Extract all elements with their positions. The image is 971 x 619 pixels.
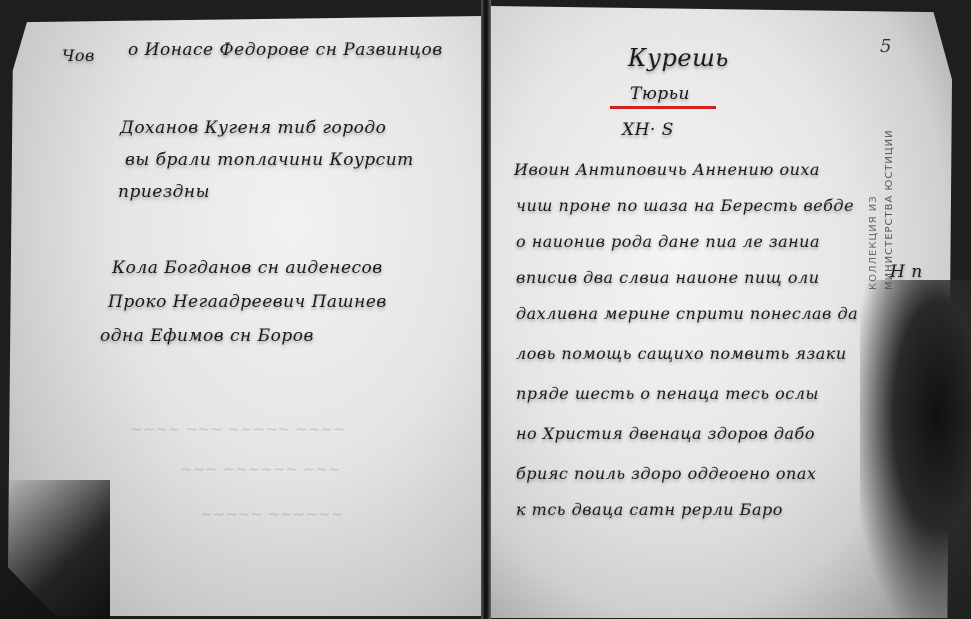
left-line-2: Доханов Кугеня тиб городо	[120, 118, 386, 138]
manuscript-scan: ~~~~ ~~~ ~~~~~ ~~~~ ~~~ ~~~~~~ ~~~ ~~~~~…	[0, 0, 971, 619]
book-gutter	[481, 0, 491, 619]
right-line-1: Ивоин Антиповичь Аннению оиха	[514, 160, 820, 179]
margin-note: Чов	[62, 46, 95, 65]
left-line-6: Проко Негаадреевич Пашнев	[108, 292, 387, 312]
right-line-5: дахливна мерине сприти понеслав да	[516, 304, 858, 323]
left-line-4: приездны	[118, 182, 210, 202]
side-marks: Н п	[890, 262, 923, 282]
archive-stamp-line-1: КОЛЛЕКЦИЯ ИЗ	[868, 195, 879, 290]
right-line-7: пряде шесть о пенаца тесь ослы	[516, 384, 819, 403]
left-line-1: о Ионасе Федорове сн Развинцов	[128, 40, 443, 60]
red-underline-annotation	[610, 106, 716, 109]
right-line-2: чиш проне по шаза на Бересть вебде	[516, 196, 854, 215]
left-line-5: Кола Богданов сн аиденесов	[112, 258, 383, 278]
page-shadow-right	[860, 280, 971, 619]
left-line-3: вы брали топлачини Коурсит	[125, 150, 414, 170]
right-line-9: брияс поиль здоро оддеоено опах	[516, 464, 816, 483]
folio-number: 5	[880, 36, 891, 57]
bleed-through-text: ~~~~ ~~~ ~~~~~ ~~~~	[130, 420, 345, 438]
page-subheading: Тюрьи	[630, 84, 690, 104]
number-line: ХН· Ѕ	[622, 120, 674, 140]
left-line-7: одна Ефимов сн Боров	[100, 326, 314, 346]
bleed-through-text: ~~~ ~~~~~~ ~~~	[180, 460, 340, 478]
bleed-through-text: ~~~~~ ~~~~~~	[200, 505, 343, 523]
page-heading: Курешь	[628, 44, 729, 72]
right-line-3: о наионив рода дане пиа ле заниа	[516, 232, 820, 251]
page-shadow-left	[0, 480, 110, 619]
right-line-8: но Христия двенаца здоров дабо	[516, 424, 815, 443]
right-line-6: ловь помощь сащихо помвить язаки	[516, 344, 847, 363]
right-line-10: к тсь дваца сатн рерли Баро	[516, 500, 783, 519]
right-line-4: вписив два слвиа наионе пищ оли	[516, 268, 820, 287]
